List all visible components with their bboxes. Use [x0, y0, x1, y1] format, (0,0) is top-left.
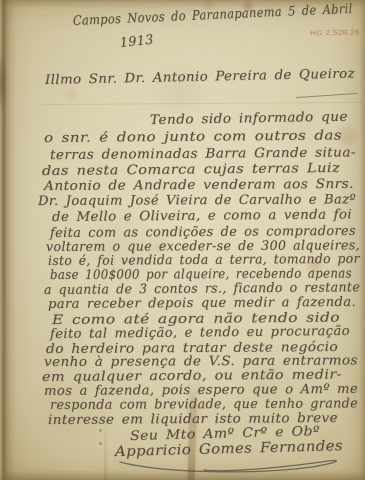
body-line: Antonio de Andrade venderam aos Snrs. [44, 178, 354, 194]
archive-stamp-number: HG 2.528.26 [310, 28, 360, 37]
paper-impression-line [42, 102, 362, 105]
binding-edge-blotch [0, 52, 7, 112]
signature: Apparicio Gomes Fernandes [115, 439, 343, 460]
page-edge-bottom [0, 470, 365, 480]
stain [62, 88, 80, 102]
pencil-mark [99, 442, 102, 445]
body-line: feito tal medição, e tendo eu procuração [50, 325, 350, 342]
page-binding-edge [0, 0, 16, 480]
letter-page: HG 2.528.26 Campos Novos do Paranapanema… [0, 0, 365, 480]
body-line: Tendo sido informado que [150, 111, 348, 128]
body-line: o snr. é dono junto com outros das [44, 129, 342, 145]
body-line: Dr. Joaquim José Vieira de Carvalho e Ba… [38, 193, 356, 208]
body-line: de Mello e Oliveira, e como a venda foi [52, 208, 352, 224]
addressee: Illmo Snr. Dr. Antonio Pereira de Queiro… [45, 68, 355, 88]
body-line: das nesta Comarca cujas terras Luiz [42, 162, 340, 179]
body-line: para receber depois que medir a fazenda. [48, 296, 356, 312]
addressee-underline-flourish [296, 93, 357, 98]
dateline: Campos Novos do Paranapanema 5 de Abril [73, 3, 353, 29]
pencil-mark [99, 429, 102, 432]
signature-flourish [112, 456, 352, 478]
dateline-year: 1913 [119, 33, 154, 50]
